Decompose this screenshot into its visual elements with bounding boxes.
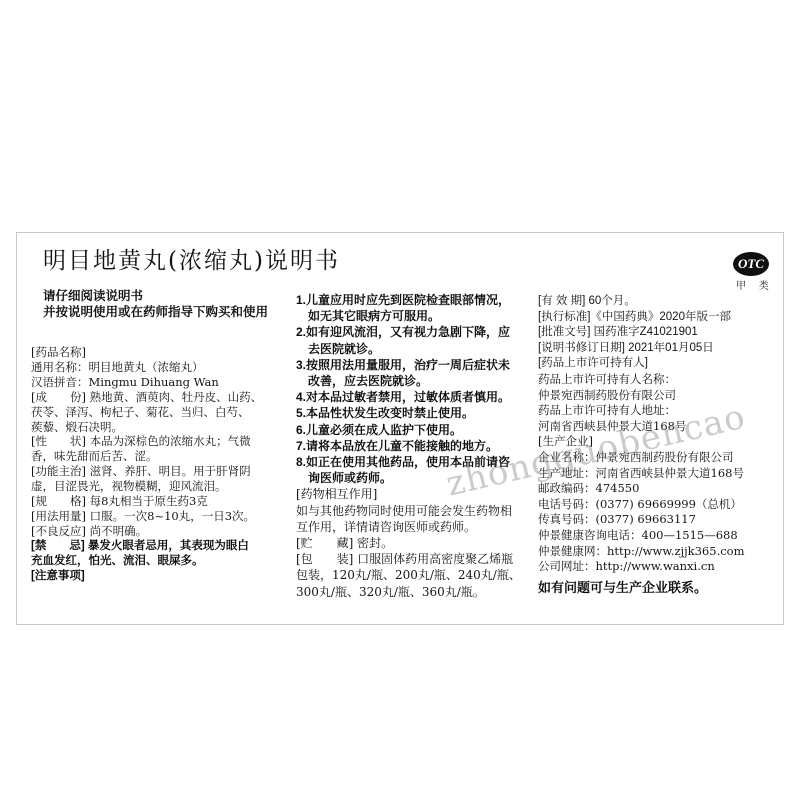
text-line: 传真号码：(0377) 69663117 bbox=[538, 512, 790, 528]
text-line: [性 状] 本品为深棕色的浓缩水丸；气微 bbox=[31, 434, 301, 449]
text-line: [批准文号] 国药准字Z41021901 bbox=[538, 325, 790, 341]
text-line: [药物相互作用] bbox=[296, 486, 548, 502]
text-line: [生产企业] bbox=[538, 434, 790, 450]
intro-line-1: 请仔细阅读说明书 bbox=[43, 288, 268, 304]
text-line: 询医师或药师。 bbox=[296, 470, 548, 486]
text-line: 2.如有迎风流泪，又有视力急剧下降，应 bbox=[296, 324, 548, 340]
left-column: [药品名称]通用名称：明目地黄丸（浓缩丸）汉语拼音：Mingmu Dihuang… bbox=[31, 345, 301, 584]
text-line: 6.儿童必须在成人监护下使用。 bbox=[296, 422, 548, 438]
text-line: [包 装] 口服固体药用高密度聚乙烯瓶 bbox=[296, 551, 548, 567]
text-line: 生产地址：河南省西峡县仲景大道168号 bbox=[538, 466, 790, 482]
text-line: 改善，应去医院就诊。 bbox=[296, 373, 548, 389]
text-line: [执行标准]《中国药典》2020年版一部 bbox=[538, 310, 790, 326]
text-line: 如无其它眼病方可服用。 bbox=[296, 308, 548, 324]
text-line: 5.本品性状发生改变时禁止使用。 bbox=[296, 405, 548, 421]
text-line: 1.儿童应用时应先到医院检查眼部情况， bbox=[296, 292, 548, 308]
otc-icon: OTC bbox=[733, 252, 769, 276]
otc-badge: OTC 甲 类 bbox=[731, 252, 771, 292]
text-line: 通用名称：明目地黄丸（浓缩丸） bbox=[31, 360, 301, 375]
leaflet-sheet: 明目地黄丸(浓缩丸)说明书 请仔细阅读说明书 并按说明使用或在药师指导下购买和使… bbox=[16, 232, 784, 625]
text-line: 4.对本品过敏者禁用，过敏体质者慎用。 bbox=[296, 389, 548, 405]
text-line: 如有问题可与生产企业联系。 bbox=[538, 580, 790, 596]
text-line: 8.如正在使用其他药品，使用本品前请咨 bbox=[296, 454, 548, 470]
text-line: 河南省西峡县仲景大道168号 bbox=[538, 419, 790, 435]
text-line: [禁 忌] 暴发火眼者忌用，其表现为眼白 bbox=[31, 539, 301, 554]
text-line: [药品上市许可持有人] bbox=[538, 356, 790, 372]
text-line: 药品上市许可持有人地址： bbox=[538, 403, 790, 419]
text-line: 充血发红，怕光、流泪、眼屎多。 bbox=[31, 554, 301, 569]
text-line: [说明书修订日期] 2021年01月05日 bbox=[538, 341, 790, 357]
text-line: 仲景健康网：http://www.zjjk365.com bbox=[538, 544, 790, 560]
text-line: 去医院就诊。 bbox=[296, 341, 548, 357]
text-line: [不良反应] 尚不明确。 bbox=[31, 524, 301, 539]
text-line: 蒺藜、煅石决明。 bbox=[31, 420, 301, 435]
text-line: 电话号码：(0377) 69669999（总机） bbox=[538, 497, 790, 513]
page-title: 明目地黄丸(浓缩丸)说明书 bbox=[43, 246, 340, 276]
mid-column: 1.儿童应用时应先到医院检查眼部情况，如无其它眼病方可服用。2.如有迎风流泪，又… bbox=[296, 292, 548, 600]
right-column: [有 效 期] 60个月。[执行标准]《中国药典》2020年版一部[批准文号] … bbox=[538, 294, 790, 595]
text-line: 虚，目涩畏光，视物模糊，迎风流泪。 bbox=[31, 479, 301, 494]
text-line: 香，味先甜而后苦、涩。 bbox=[31, 449, 301, 464]
otc-category-label: 甲 类 bbox=[731, 277, 771, 292]
text-line: 仲景健康咨询电话：400—1515—688 bbox=[538, 528, 790, 544]
text-line: [注意事项] bbox=[31, 569, 301, 584]
text-line: 如与其他药物同时使用可能会发生药物相 bbox=[296, 503, 548, 519]
text-line: [有 效 期] 60个月。 bbox=[538, 294, 790, 310]
text-line: 邮政编码：474550 bbox=[538, 481, 790, 497]
text-line: 企业名称：仲景宛西制药股份有限公司 bbox=[538, 450, 790, 466]
text-line: 公司网址：http://www.wanxi.cn bbox=[538, 559, 790, 575]
text-line: 3.按照用法用量服用，治疗一周后症状未 bbox=[296, 357, 548, 373]
text-line: [成 份] 熟地黄、酒萸肉、牡丹皮、山药、 bbox=[31, 390, 301, 405]
text-line: 汉语拼音：Mingmu Dihuang Wan bbox=[31, 375, 301, 390]
text-line: 7.请将本品放在儿童不能接触的地方。 bbox=[296, 438, 548, 454]
text-line: [用法用量] 口服。一次8~10丸，一日3次。 bbox=[31, 509, 301, 524]
leaflet-page: 明目地黄丸(浓缩丸)说明书 请仔细阅读说明书 并按说明使用或在药师指导下购买和使… bbox=[0, 0, 800, 800]
read-instructions-notice: 请仔细阅读说明书 并按说明使用或在药师指导下购买和使用 bbox=[43, 288, 268, 320]
text-line: 互作用，详情请咨询医师或药师。 bbox=[296, 519, 548, 535]
text-line: 包装，120丸/瓶、200丸/瓶、240丸/瓶、 bbox=[296, 567, 548, 583]
intro-line-2: 并按说明使用或在药师指导下购买和使用 bbox=[43, 304, 268, 320]
text-line: [贮 藏] 密封。 bbox=[296, 535, 548, 551]
text-line: 药品上市许可持有人名称： bbox=[538, 372, 790, 388]
text-line: 300丸/瓶、320丸/瓶、360丸/瓶。 bbox=[296, 584, 548, 600]
text-line: 仲景宛西制药股份有限公司 bbox=[538, 388, 790, 404]
text-line: [功能主治] 滋肾、养肝、明目。用于肝肾阴 bbox=[31, 464, 301, 479]
text-line: 茯苓、泽泻、枸杞子、菊花、当归、白芍、 bbox=[31, 405, 301, 420]
text-line: [规 格] 每8丸相当于原生药3克 bbox=[31, 494, 301, 509]
text-line: [药品名称] bbox=[31, 345, 301, 360]
